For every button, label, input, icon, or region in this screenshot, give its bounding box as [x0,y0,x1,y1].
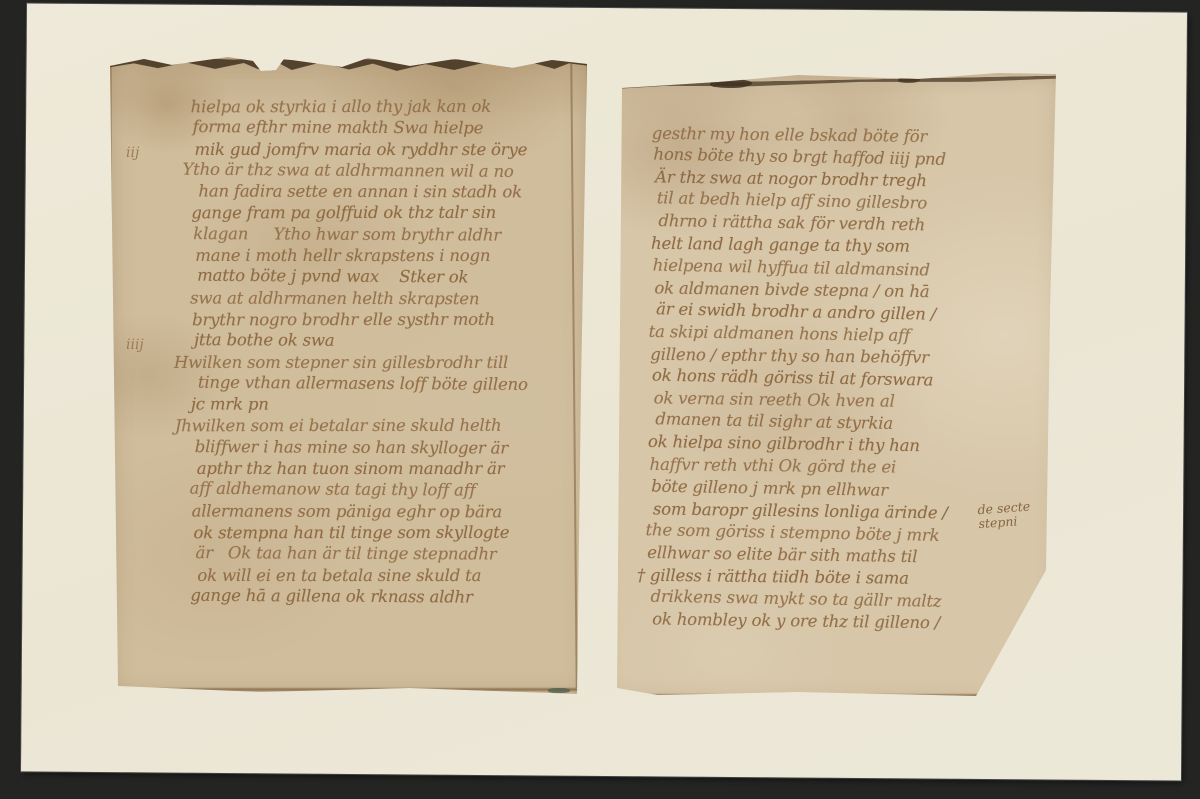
text-line: gange hā a gillena ok rknass aldhr [190,584,580,608]
margin-numeral: iiij [126,337,144,353]
text-line: swa at aldhrmanen helth skrapsten [190,287,580,309]
text-line: Ytho är thz swa at aldhrmannen wil a no [182,159,572,183]
manuscript-page-left: hielpa ok styrkia i allo thy jak kan okf… [110,54,588,696]
text-line: hielpa ok styrkia i allo thy jak kan ok [191,96,581,118]
text-line: är Ok taa han är til tinge stepnadhr [195,542,585,565]
text-line: ok stempna han til tinge som skyllogte [194,522,584,544]
text-line: mane i moth hellr skrapstens i nogn [195,245,585,267]
text-line: forma efthr mine makth Swa hielpe [193,116,583,139]
margin-numeral: iij [126,145,139,161]
text-line: tinge vthan allermasens loff böte gillen… [198,372,588,396]
text-line: gange fram pa golffuid ok thz talr sin [191,202,581,224]
text-line: jc mrk pn [191,394,581,416]
text-line: jtta bothe ok swa [194,329,584,352]
text-line: Jhwilken som ei betalar sine skuld helth [175,415,565,437]
text-line: ok hombley ok y ore thz til gilleno / [652,608,1042,635]
text-line: apthr thz han tuon sinom manadhr är [197,458,587,480]
text-line: klagan Ytho hwar som brythr aldhr [193,223,583,246]
text-line: mik gud jomfrv maria ok ryddhr ste örye [195,138,585,160]
text-line: brythr nogro brodhr elle systhr moth [192,309,582,331]
text-line: matto böte j pvnd wax Stker ok [197,265,587,289]
text-line: bliffwer i has mine so han skylloger är [195,436,585,459]
text-line: ok will ei en ta betala sine skuld ta [197,564,587,586]
text-line: han fadira sette en annan i sin stadh ok [198,181,588,203]
text-line: Hwilken som stepner sin gillesbrodhr til… [174,351,564,373]
manuscript-page-right: gesthr my hon elle bskad böte förhons bö… [598,70,1060,702]
text-line: allermanens som päniga eghr op bära [192,500,582,522]
text-column-right: gesthr my hon elle bskad böte förhons bö… [648,122,1046,636]
corner-smudge [548,688,570,693]
text-line: aff aldhemanow sta tagi thy loff aff [190,478,580,502]
text-column-left: hielpa ok styrkia i allo thy jak kan okf… [193,95,584,607]
